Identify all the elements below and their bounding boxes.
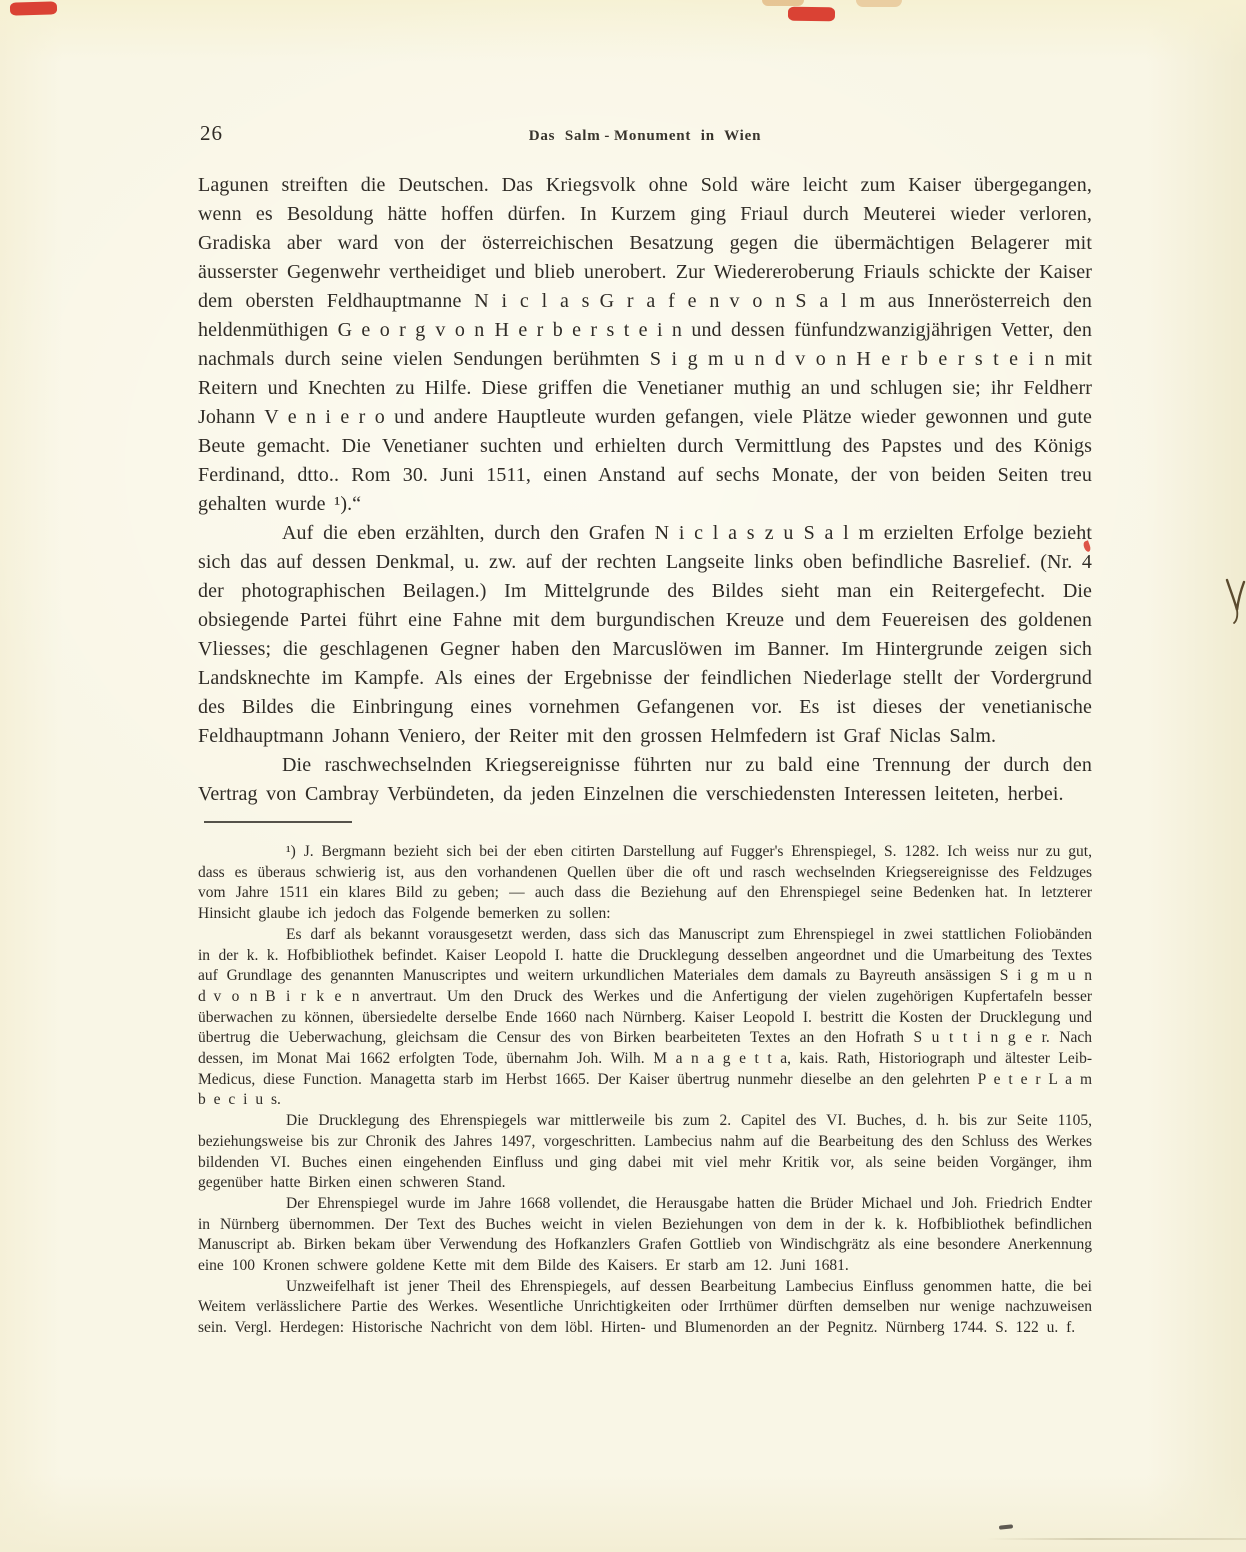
page-header: 26 Das Salm - Monument in Wien [198, 121, 1092, 171]
paper-crease [986, 1538, 1246, 1540]
footnote-paragraph: Unzweifelhaft ist jener Theil des Ehrens… [198, 1277, 1092, 1339]
running-header: Das Salm - Monument in Wien [198, 128, 1092, 145]
footnote-paragraph: Der Ehrenspiegel wurde im Jahre 1668 vol… [198, 1194, 1092, 1277]
footnote-paragraph: Die Drucklegung des Ehrenspiegels war mi… [198, 1111, 1092, 1194]
main-text: Lagunen streiften die Deutschen. Das Kri… [198, 171, 1092, 809]
book-page-scan: 26 Das Salm - Monument in Wien Lagunen s… [0, 0, 1246, 1552]
ink-checkmark [1222, 574, 1246, 626]
text-block: 26 Das Salm - Monument in Wien Lagunen s… [198, 121, 1092, 1339]
footnote-paragraph: Es darf als bekannt vorausgesetzt werden… [198, 925, 1092, 1111]
red-pen-mark-top-right [788, 7, 835, 22]
body-paragraph: Auf die eben erzählten, durch den Grafen… [198, 519, 1092, 751]
footnote-separator [204, 821, 352, 823]
red-pen-mark-top-left [10, 1, 57, 15]
footnote-paragraph: ¹) J. Bergmann bezieht sich bei der eben… [198, 842, 1092, 925]
ink-speck [999, 1524, 1013, 1529]
footnote-block: ¹) J. Bergmann bezieht sich bei der eben… [198, 842, 1092, 1339]
body-paragraph: Lagunen streiften die Deutschen. Das Kri… [198, 171, 1092, 519]
stain-smudge [762, 0, 804, 6]
body-paragraph: Die raschwechselnden Kriegsereignisse fü… [198, 751, 1092, 809]
stain-smudge [856, 0, 902, 7]
